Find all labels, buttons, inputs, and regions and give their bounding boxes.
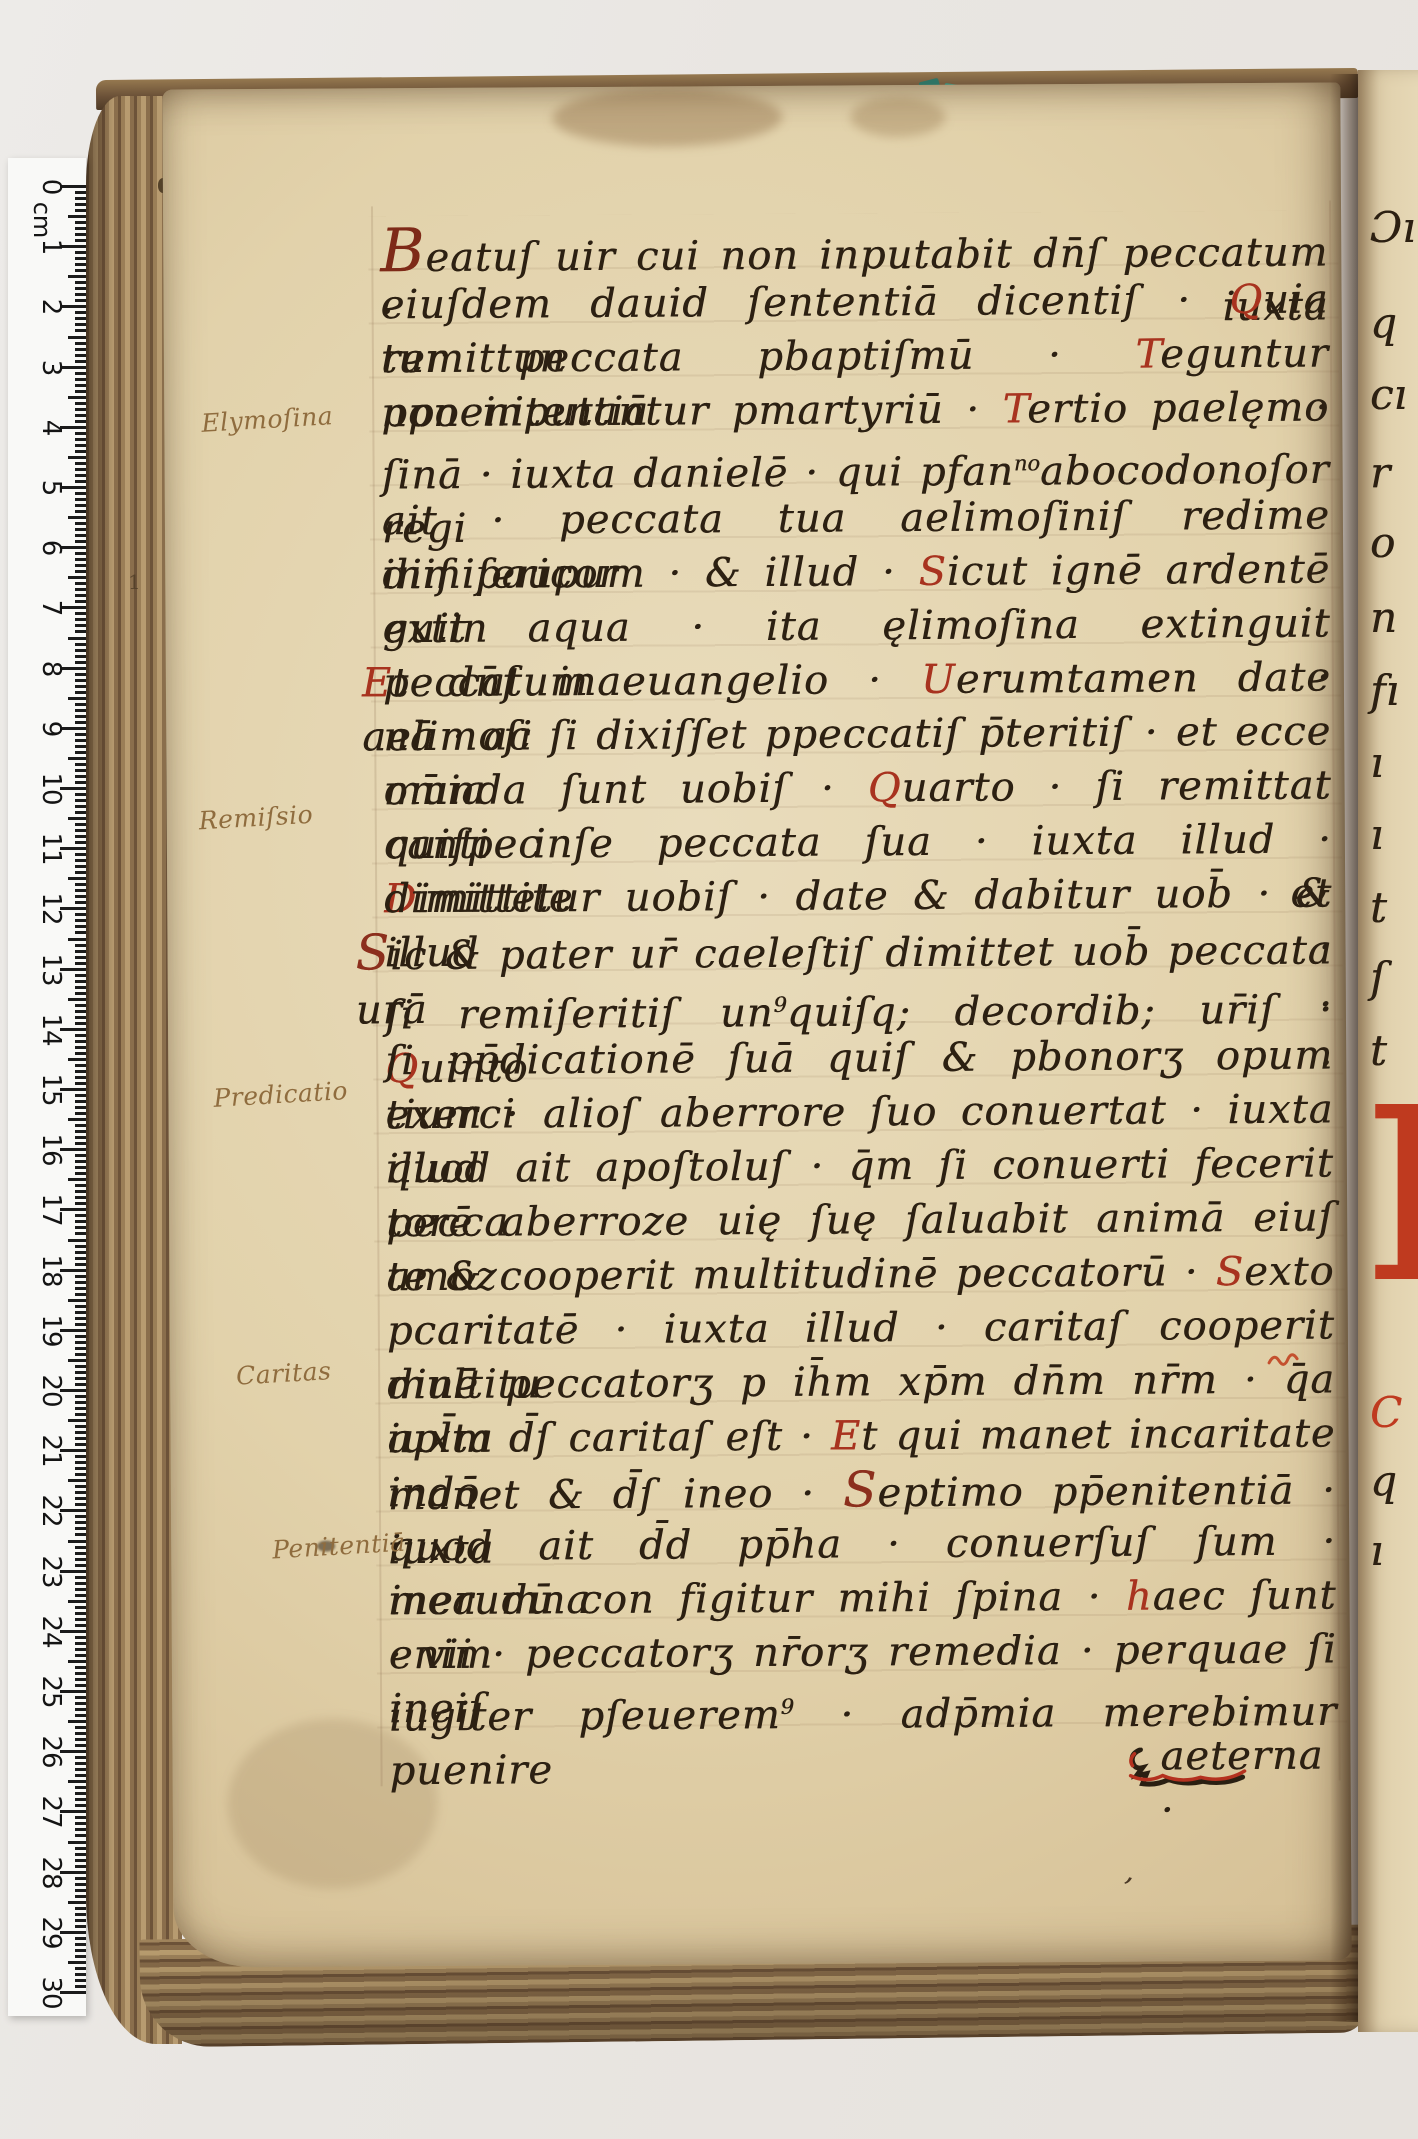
facing-page-fragment: Ɔı [1370, 205, 1416, 251]
ruler-mm-tick [75, 1943, 86, 1946]
ruler-mm-tick [68, 456, 86, 459]
ruler-mm-tick [75, 883, 86, 886]
ruler-mm-tick [75, 1558, 86, 1561]
ruler-mm-tick [75, 564, 86, 567]
rubricated-initial: U [921, 657, 956, 703]
ruler-mm-tick [75, 733, 86, 736]
text-segment: apl̄m d̄ſ caritaſ eſt · [387, 1414, 831, 1463]
ruler-mm-tick [75, 594, 86, 597]
ruler-mm-tick [75, 1431, 86, 1434]
facing-page-fragment: ı [1370, 812, 1383, 858]
ruler-number: 7 [36, 591, 66, 625]
ruler-mm-tick [75, 1949, 86, 1952]
rubricated-initial: S [843, 1461, 878, 1518]
ruler-mm-tick [75, 763, 86, 766]
ruler-mm-tick [75, 1226, 86, 1229]
ruler-mm-tick [75, 444, 86, 447]
manuscript-line: tium · alioſ aberrore ſuo conuertat · iu… [385, 1082, 1333, 1142]
ruler-number: 13 [36, 953, 66, 987]
ruler-mm-tick [75, 1353, 86, 1356]
ruler-mm-tick [75, 1196, 86, 1199]
ruler-mm-tick [75, 1967, 86, 1970]
ruler-mm-tick [75, 1907, 86, 1910]
ruler-mm-tick [75, 239, 86, 242]
ruler: 0123456789101112131415161718192021222324… [8, 158, 86, 2016]
ruler-mm-tick [75, 372, 86, 375]
ruler-mm-tick [75, 462, 86, 465]
ruler-number: 4 [36, 411, 66, 445]
facing-page-fragment: n [1370, 595, 1397, 641]
ruler-mm-tick [75, 1521, 86, 1524]
ruler-mm-tick [75, 1347, 86, 1350]
ruler-mm-tick [75, 661, 86, 664]
ruler-mm-tick [75, 962, 86, 965]
text-segment: 9 [781, 1695, 795, 1719]
facing-page-fragment: q [1370, 300, 1397, 346]
ruler-mm-tick [75, 1889, 86, 1892]
ruler-mm-tick [75, 311, 86, 314]
ruler-mm-tick [68, 1239, 86, 1242]
manuscript-line: manet & d̄ſ ineo · Septimo pp̄enitentiā … [388, 1460, 1336, 1520]
ruler-mm-tick [75, 829, 86, 832]
ruler-mm-tick [75, 974, 86, 977]
manuscript-line: diiſ paupum · & illud · Sicut ignē arden… [382, 542, 1330, 602]
ruler-mm-tick [75, 1154, 86, 1157]
ruler-mm-tick [75, 992, 86, 995]
ruler-mm-tick [75, 673, 86, 676]
ruler-mm-tick [75, 1606, 86, 1609]
parchment-stain [552, 88, 782, 147]
ruler-mm-tick [75, 901, 86, 904]
ruler-mm-tick [75, 1293, 86, 1296]
ruler-mm-tick [68, 1359, 86, 1362]
ruler-mm-tick [75, 739, 86, 742]
ruler-mm-tick [68, 1540, 86, 1543]
ruler-mm-tick [75, 233, 86, 236]
manuscript-line: canti inſe peccata ſua · iuxta illud · D… [384, 812, 1332, 872]
ruler-mm-tick [75, 221, 86, 224]
ruler-mm-tick [75, 1895, 86, 1898]
ruler-mm-tick [75, 329, 86, 332]
ruler-mm-tick [75, 775, 86, 778]
ruler-mm-tick [75, 1275, 86, 1278]
ruler-mm-tick [75, 1883, 86, 1886]
ruler-mm-tick [75, 287, 86, 290]
ruler-unit-label: cm [28, 200, 56, 240]
text-segment: 9 [773, 993, 787, 1017]
ruler-mm-tick [75, 1708, 86, 1711]
rubricated-initial: B [380, 216, 426, 286]
ruler-mm-tick [75, 468, 86, 471]
ruler-mm-tick [75, 980, 86, 983]
manuscript-line: ſi remiſeritiſ un9quiſq; decordib; ur̄iſ… [385, 974, 1333, 1034]
ruler-number: 21 [36, 1434, 66, 1468]
ruler-mm-tick [75, 1955, 86, 1958]
ruler-mm-tick [75, 1612, 86, 1615]
ruler-mm-tick [75, 1552, 86, 1555]
ruler-mm-tick [75, 1317, 86, 1320]
ruler-mm-tick [75, 402, 86, 405]
ruler-mm-tick [75, 1341, 86, 1344]
ruler-number: 20 [36, 1374, 66, 1408]
ruler-mm-tick [75, 1738, 86, 1741]
ruler-mm-tick [75, 1618, 86, 1621]
ruler-mm-tick [75, 1052, 86, 1055]
ruler-mm-tick [75, 408, 86, 411]
text-segment: canti inſe peccata ſua · iuxta illud · [384, 816, 1332, 868]
ruler-mm-tick [75, 630, 86, 633]
margin-note: Remiſsio [198, 802, 314, 835]
ruler-number: 3 [36, 351, 66, 385]
text-segment: no [1014, 451, 1040, 475]
ruler-mm-tick [75, 317, 86, 320]
ruler-mm-tick [75, 709, 86, 712]
manuscript-line: apl̄m d̄ſ caritaſ eſt · Et qui manet inc… [387, 1406, 1335, 1466]
ruler-mm-tick [75, 558, 86, 561]
rubricated-initial: E [831, 1413, 861, 1459]
ruler-mm-tick [68, 1720, 86, 1723]
ruler-number: 30 [36, 1976, 66, 2010]
ruler-mm-tick [75, 925, 86, 928]
ruler-mm-tick [75, 1702, 86, 1705]
red-squiggle-mark [1266, 1349, 1300, 1371]
ruler-mm-tick [75, 1172, 86, 1175]
ruler-mm-tick [75, 1937, 86, 1940]
manuscript-line: eiuſdem dauid ſententiā dicentiſ · Quia … [380, 272, 1328, 332]
ruler-mm-tick [75, 1594, 86, 1597]
ruler-mm-tick [75, 1467, 86, 1470]
ruler-mm-tick [68, 697, 86, 700]
ruler-number: 16 [36, 1133, 66, 1167]
ruler-mm-tick [75, 1684, 86, 1687]
ruler-mm-tick [75, 1094, 86, 1097]
facing-page-red-initial: F [1364, 1075, 1418, 1315]
ruler-mm-tick [75, 1624, 86, 1627]
ruler-number: 12 [36, 892, 66, 926]
ruler-mm-tick [75, 384, 86, 387]
ruler-mm-tick [75, 354, 86, 357]
ruler-mm-tick [75, 251, 86, 254]
ruler-mm-tick [75, 480, 86, 483]
ruler-mm-tick [75, 1564, 86, 1567]
text-segment: exto [1244, 1248, 1335, 1295]
ruler-mm-tick [75, 1582, 86, 1585]
ruler-mm-tick [75, 504, 86, 507]
ruler-mm-tick [75, 1762, 86, 1765]
text-segment: te & cooperit multitudinē peccatorū · [386, 1249, 1215, 1300]
ruler-mm-tick [75, 1245, 86, 1248]
ruler-mm-tick [68, 275, 86, 278]
ruler-mm-tick [68, 336, 86, 339]
ruler-number: 19 [36, 1314, 66, 1348]
ruler-mm-tick [75, 1648, 86, 1651]
manuscript-line: iugiter pſeuerem9 · adp̄mia merebimur pu… [389, 1676, 1337, 1736]
manuscript-line: ſinā · iuxta danielē · qui pfannoabocodo… [381, 434, 1329, 494]
ruler-mm-tick [75, 1106, 86, 1109]
ruler-mm-tick [75, 950, 86, 953]
ruler-mm-tick [75, 1834, 86, 1837]
ruler-mm-tick [75, 1666, 86, 1669]
ruler-mm-tick [75, 1184, 86, 1187]
manuscript-line: quod ait d̄d pp̄ha · conuerſuſ ſum · ine… [388, 1514, 1336, 1574]
ruler-mm-tick [75, 1022, 86, 1025]
ruler-mm-tick [68, 1780, 86, 1783]
ruler-mm-tick [68, 516, 86, 519]
ruler-mm-tick [75, 257, 86, 260]
ruler-number: 5 [36, 471, 66, 505]
ruler-mm-tick [75, 624, 86, 627]
ruler-mm-tick [75, 1365, 86, 1368]
ruler-mm-tick [75, 751, 86, 754]
facing-page-fragment: q [1370, 1458, 1397, 1504]
facing-page-fragment: ſ [1370, 955, 1386, 1001]
ruler-mm-tick [75, 799, 86, 802]
ruler-mm-tick [68, 1299, 86, 1302]
ruler-mm-tick [75, 203, 86, 206]
text-segment: t dn̄ſ inaeuangelio · [392, 657, 921, 706]
ruler-mm-tick [75, 919, 86, 922]
ruler-number: 22 [36, 1494, 66, 1528]
ruler-mm-tick [75, 1407, 86, 1410]
ruler-mm-tick [75, 1064, 86, 1067]
ruler-mm-tick [75, 1371, 86, 1374]
ruler-mm-tick [75, 1973, 86, 1976]
ruler-mm-tick [75, 1130, 86, 1133]
ruler-mm-tick [75, 1124, 86, 1127]
manuscript-line: ait · peccata tua aelimoſiniſ redime inm… [382, 488, 1330, 548]
ruler-mm-tick [75, 1877, 86, 1880]
text-segment: mea dū con figitur mihi ſpina · [388, 1574, 1126, 1625]
ruler-number: 18 [36, 1254, 66, 1288]
ruler-mm-tick [75, 1220, 86, 1223]
ruler-mm-tick [75, 823, 86, 826]
ruler-mm-tick [75, 1070, 86, 1073]
ruler-mm-tick [75, 1232, 86, 1235]
manuscript-line: · vii · peccatorʒ nr̄orʒ remedia · perqu… [389, 1622, 1337, 1682]
ruler-mm-tick [68, 877, 86, 880]
ruler-mm-tick [75, 1792, 86, 1795]
ruler-number: 2 [36, 290, 66, 324]
parchment-stain [850, 97, 945, 138]
ruler-mm-tick [75, 841, 86, 844]
ruler-mm-tick [68, 998, 86, 1001]
ruler-mm-tick [75, 1082, 86, 1085]
ruler-mm-tick [75, 1010, 86, 1013]
manuscript-line: mea dū con figitur mihi ſpina · haec ſun… [388, 1568, 1336, 1628]
rubricated-initial: Q [868, 765, 902, 811]
ruler-mm-tick [68, 938, 86, 941]
ruler-mm-tick [75, 1636, 86, 1639]
ruler-mm-tick [68, 1178, 86, 1181]
ruler-mm-tick [75, 1491, 86, 1494]
ruler-mm-tick [75, 1533, 86, 1536]
ruler-mm-tick [75, 649, 86, 652]
ruler-mm-tick [75, 1004, 86, 1007]
ruler-mm-tick [75, 227, 86, 230]
rubricated-initial: S [355, 924, 390, 981]
ruler-mm-tick [75, 805, 86, 808]
margin-note: Caritas [235, 1358, 332, 1390]
ruler-mm-tick [75, 1473, 86, 1476]
ruler-mm-tick [75, 703, 86, 706]
ruler-mm-tick [75, 1136, 86, 1139]
rubricated-initial: h [1126, 1574, 1153, 1620]
ruler-mm-tick [68, 215, 86, 218]
ruler-number: 9 [36, 712, 66, 746]
ruler-mm-tick [75, 944, 86, 947]
ruler-mm-tick [75, 1822, 86, 1825]
ruler-mm-tick [75, 1034, 86, 1037]
ruler-mm-tick [75, 655, 86, 658]
ruler-mm-tick [75, 1503, 86, 1506]
manuscript-line: pcaritatē · iuxta illud · caritaſ cooper… [387, 1298, 1335, 1358]
text-segment: manet & d̄ſ ineo · [388, 1470, 843, 1519]
ruler-number: 8 [36, 652, 66, 686]
facing-page-fragment: C [1370, 1390, 1402, 1436]
ruler-mm-tick [75, 474, 86, 477]
ruler-mm-tick [75, 390, 86, 393]
ruler-mm-tick [75, 1160, 86, 1163]
text-segment: ertio paelęmo [1027, 384, 1329, 432]
ruler-mm-tick [75, 293, 86, 296]
ruler-mm-tick [75, 1744, 86, 1747]
text-segment: diiſ paupum · & illud · [382, 549, 919, 598]
ruler-mm-tick [75, 1985, 86, 1988]
ruler-mm-tick [75, 1732, 86, 1735]
ruler-mm-tick [75, 1485, 86, 1488]
ruler-mm-tick [75, 1588, 86, 1591]
rubricated-initial: Q [1229, 277, 1263, 323]
manuscript-line: quod ait apoſtoluſ · q̄m ſi conuerti fec… [386, 1136, 1334, 1196]
ruler-mm-tick [75, 1786, 86, 1789]
ruler-mm-tick [75, 612, 86, 615]
line-filler-flourish [1118, 1747, 1268, 1788]
ruler-mm-tick [68, 396, 86, 399]
facing-page-fragment: cı [1370, 372, 1407, 418]
ruler-mm-tick [75, 348, 86, 351]
manuscript-line: dimittetur uobiſ · date & dabitur uob̄ ·… [384, 866, 1332, 926]
rubricated-initial: T [1135, 332, 1160, 378]
facing-page-fragment: o [1370, 520, 1395, 566]
ruler-mm-tick [75, 432, 86, 435]
ruler-mm-tick [75, 1100, 86, 1103]
ruler-mm-tick [75, 1046, 86, 1049]
ruler-mm-tick [75, 1443, 86, 1446]
margin-note: Elymoſina [201, 403, 334, 437]
ruler-mm-tick [75, 691, 86, 694]
manuscript-line: munda ſunt uobiſ · Quarto · ſi remittat … [383, 758, 1331, 818]
ruler-mm-tick [75, 889, 86, 892]
ruler-number: 26 [36, 1735, 66, 1769]
ruler-mm-tick [75, 1726, 86, 1729]
ruler-mm-tick [75, 342, 86, 345]
ruler-mm-tick [75, 263, 86, 266]
ruler-mm-tick [75, 323, 86, 326]
ruler-mm-tick [75, 685, 86, 688]
ruler-number: 24 [36, 1615, 66, 1649]
ruler-mm-tick [75, 1257, 86, 1260]
ruler-mm-tick [75, 1251, 86, 1254]
ruler-mm-tick [75, 1263, 86, 1266]
ruler-mm-tick [75, 281, 86, 284]
ruler-mm-tick [75, 1401, 86, 1404]
ruler-mm-tick [75, 931, 86, 934]
ruler-mm-tick [75, 1413, 86, 1416]
text-segment: iugiter pſeuerem [389, 1692, 781, 1740]
rubricated-initial: E [362, 660, 392, 706]
ruler-mm-tick [75, 570, 86, 573]
text-segment: non inputantur pmartyriū · [381, 386, 1003, 436]
manuscript-line: torē aberroze uię ſuę ſaluabit animā eiu… [386, 1190, 1334, 1250]
ruler-mm-tick [75, 1166, 86, 1169]
ruler-mm-tick [75, 269, 86, 272]
ruler-mm-tick [68, 1660, 86, 1663]
ruler-mm-tick [68, 1419, 86, 1422]
ruler-mm-tick [75, 913, 86, 916]
ruler-mm-tick [75, 956, 86, 959]
ruler-mm-tick [68, 1058, 86, 1061]
manuscript-line: nā · ac ſi dixiſſet ppeccatiſ p̄teritiſ … [383, 704, 1331, 764]
ruler-number: 10 [36, 772, 66, 806]
ruler-mm-tick [75, 835, 86, 838]
manuscript-line: non inputantur pmartyriū · Tertio paelęm… [381, 380, 1329, 440]
ruler-number: 27 [36, 1795, 66, 1829]
ruler-mm-tick [68, 637, 86, 640]
ruler-mm-tick [75, 1678, 86, 1681]
ruler-mm-tick [75, 618, 86, 621]
ruler-mm-tick [75, 1287, 86, 1290]
ruler-mm-tick [75, 1696, 86, 1699]
ruler-mm-tick [68, 1600, 86, 1603]
ruler-mm-tick [75, 360, 86, 363]
ruler-mm-tick [75, 1546, 86, 1549]
ruler-number: 25 [36, 1675, 66, 1709]
facing-page-fragment: ı [1370, 740, 1383, 786]
quire-mark: 1 [128, 570, 141, 594]
ruler-mm-tick [68, 1961, 86, 1964]
ruler-mm-tick [75, 1853, 86, 1856]
ruler-mm-tick [75, 1016, 86, 1019]
ruler-mm-tick [75, 540, 86, 543]
ruler-mm-tick [75, 420, 86, 423]
ruler-mm-tick [75, 1774, 86, 1777]
ruler-mm-tick [68, 1841, 86, 1844]
ruler-mm-tick [75, 1281, 86, 1284]
ruler-number: 23 [36, 1555, 66, 1589]
ruler-number: 14 [36, 1013, 66, 1047]
ruler-mm-tick [75, 715, 86, 718]
manuscript-line: dinē peccatorʒ p ih̄m xp̄m dn̄m nr̄m · q… [387, 1352, 1335, 1412]
ruler-mm-tick [75, 643, 86, 646]
ruler-mm-tick [75, 1979, 86, 1982]
facing-page-fragment: fı [1370, 668, 1399, 714]
ruler-number: 17 [36, 1193, 66, 1227]
photograph-stage: 1 Beatuſ uir cui non inputabit dn̄ſ pecc… [0, 0, 1418, 2139]
ruler-mm-tick [75, 528, 86, 531]
ruler-mm-tick [75, 1323, 86, 1326]
ruler-number: 11 [36, 832, 66, 866]
ruler-mm-tick [75, 414, 86, 417]
ruler-mm-tick [75, 1768, 86, 1771]
margin-note: Predicatio [213, 1078, 349, 1112]
ruler-mm-tick [75, 1455, 86, 1458]
stray-pen-mark: ’ [1117, 1871, 1135, 1907]
facing-page-fragment: ı [1370, 1528, 1383, 1574]
facing-page-fragment: r [1370, 450, 1390, 496]
rubricated-initial: S [1216, 1249, 1245, 1295]
ruler-mm-tick [75, 679, 86, 682]
ruler-mm-tick [75, 1654, 86, 1657]
